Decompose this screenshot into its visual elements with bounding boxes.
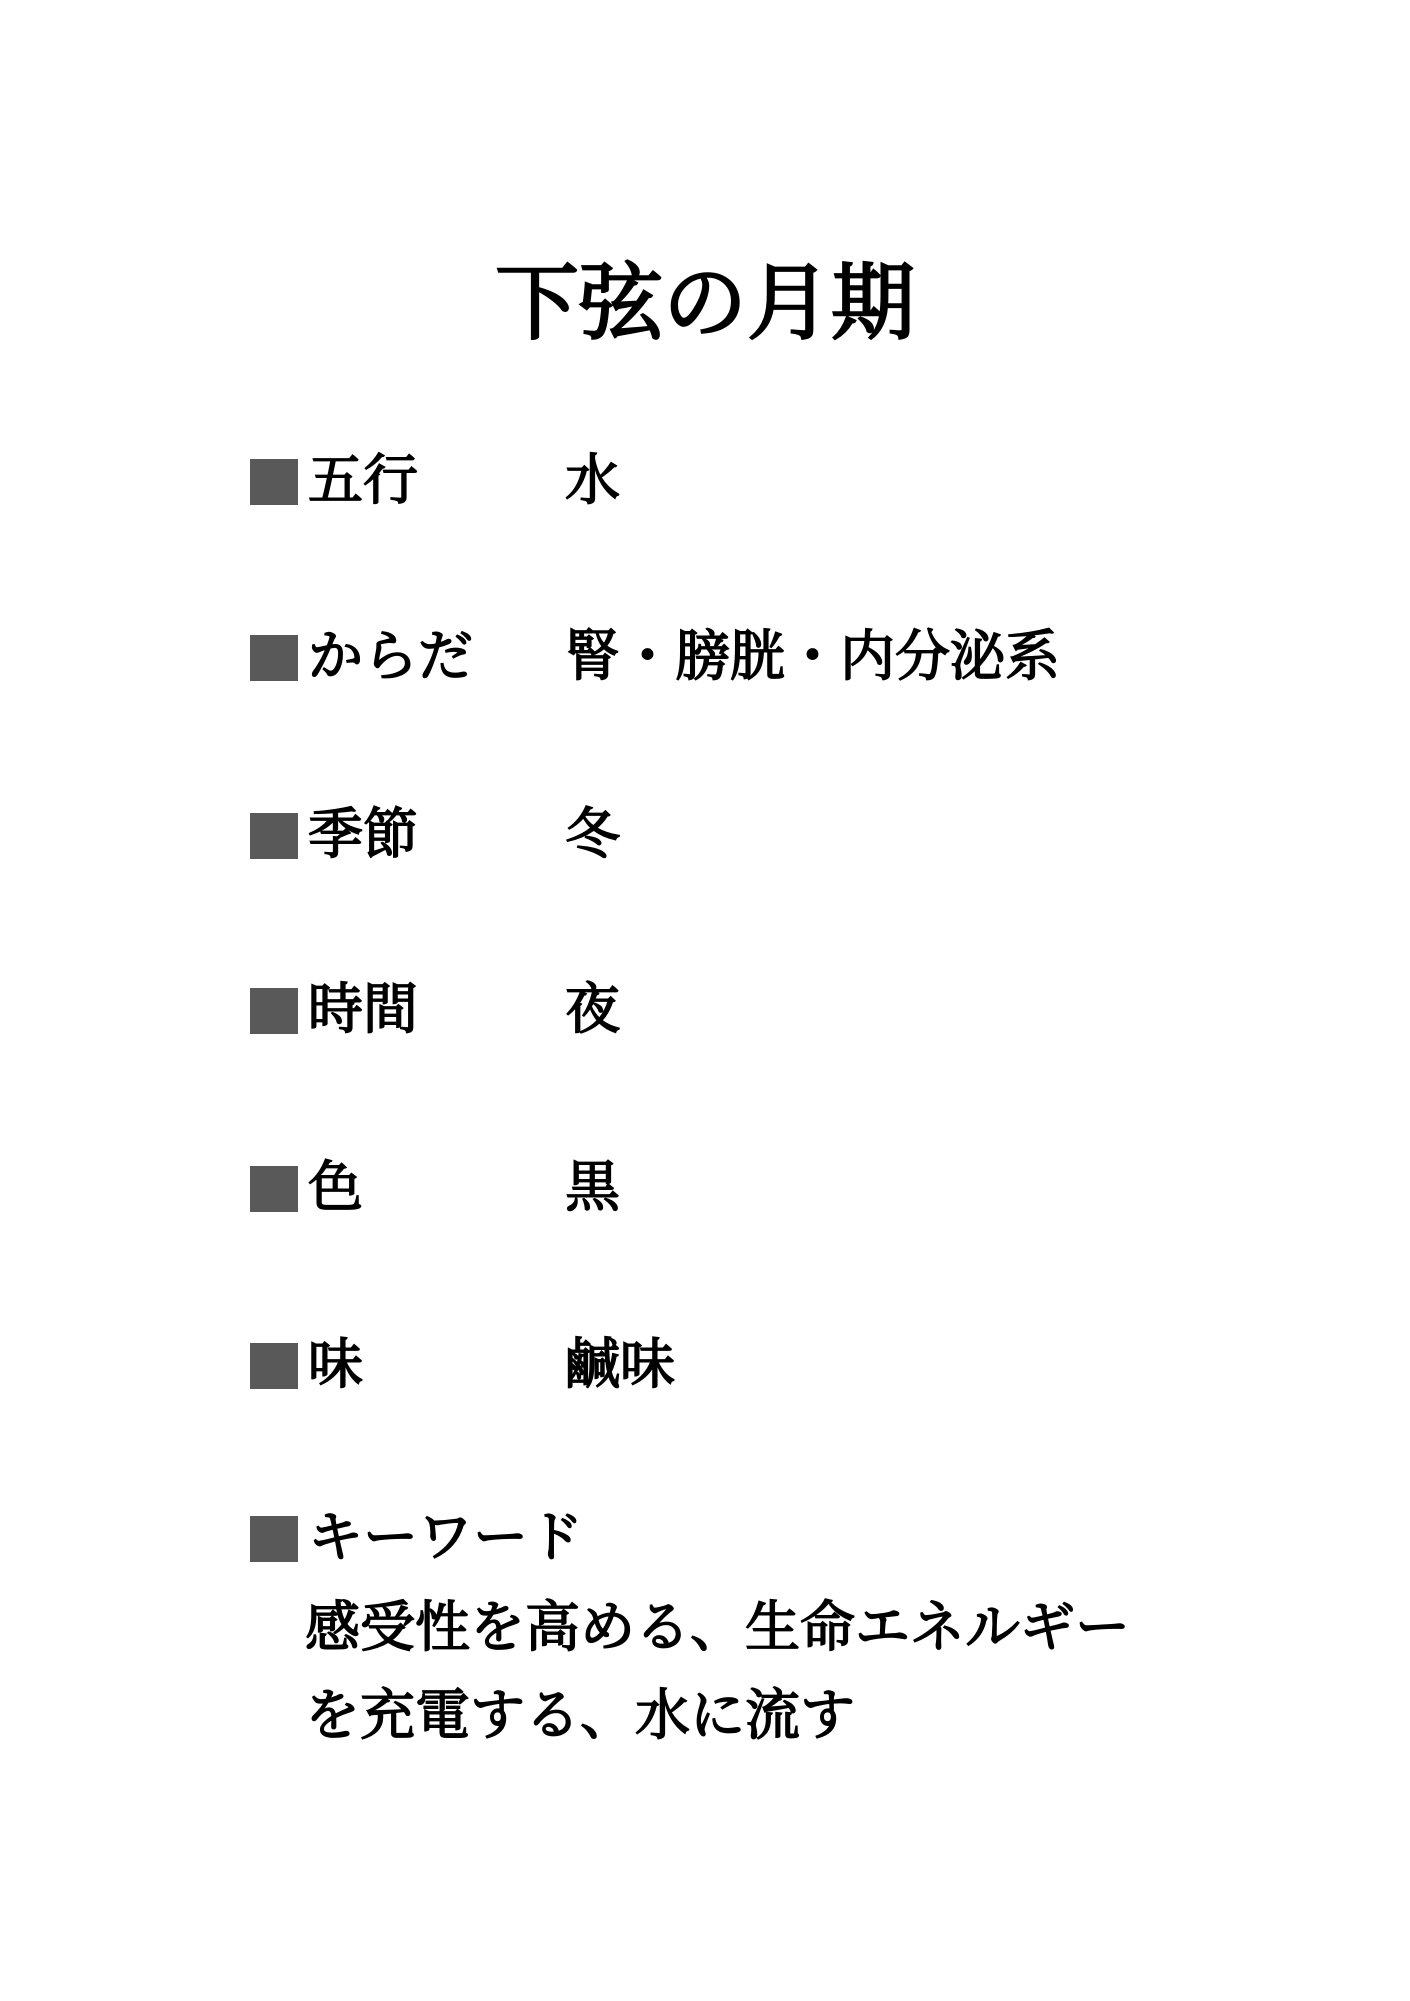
item-label: 色 bbox=[308, 1160, 363, 1216]
bullet-square-icon bbox=[250, 988, 298, 1034]
bullet-square-icon bbox=[250, 1343, 298, 1389]
bullet-square-icon bbox=[250, 459, 298, 505]
item-value: 夜 bbox=[565, 982, 620, 1038]
item-label: 時間 bbox=[308, 982, 418, 1038]
item-value: 黒 bbox=[565, 1160, 620, 1216]
item-value: 冬 bbox=[565, 807, 620, 863]
bullet-square-icon bbox=[250, 813, 298, 859]
list-item-kisetsu: 季節 冬 bbox=[250, 807, 1350, 863]
item-label: キーワード bbox=[308, 1510, 583, 1566]
item-label: からだ bbox=[308, 629, 473, 685]
list-item-karada: からだ 腎・膀胱・内分泌系 bbox=[250, 629, 1350, 685]
bullet-square-icon bbox=[250, 1166, 298, 1212]
list-item-aji: 味 鹹味 bbox=[250, 1337, 1350, 1393]
document-page: 下弦の月期 五行 水 からだ 腎・膀胱・内分泌系 季節 冬 時間 夜 色 黒 味… bbox=[0, 0, 1410, 2001]
list-item-gogyou: 五行 水 bbox=[250, 453, 1350, 509]
item-label: 味 bbox=[308, 1337, 363, 1393]
item-value: 鹹味 bbox=[565, 1337, 675, 1393]
item-value: 腎・膀胱・内分泌系 bbox=[565, 629, 1060, 685]
list-item-iro: 色 黒 bbox=[250, 1160, 1350, 1216]
item-label: 季節 bbox=[308, 807, 418, 863]
item-label: 五行 bbox=[308, 453, 418, 509]
page-title: 下弦の月期 bbox=[0, 250, 1410, 360]
list-item-keyword: キーワード bbox=[250, 1510, 1350, 1566]
keyword-description-line-2: を充電する、水に流す bbox=[305, 1686, 855, 1746]
keyword-description-line-1: 感受性を高める、生命エネルギー bbox=[305, 1598, 1130, 1658]
bullet-square-icon bbox=[250, 1516, 298, 1562]
item-value: 水 bbox=[565, 453, 620, 509]
bullet-square-icon bbox=[250, 635, 298, 681]
list-item-jikan: 時間 夜 bbox=[250, 982, 1350, 1038]
